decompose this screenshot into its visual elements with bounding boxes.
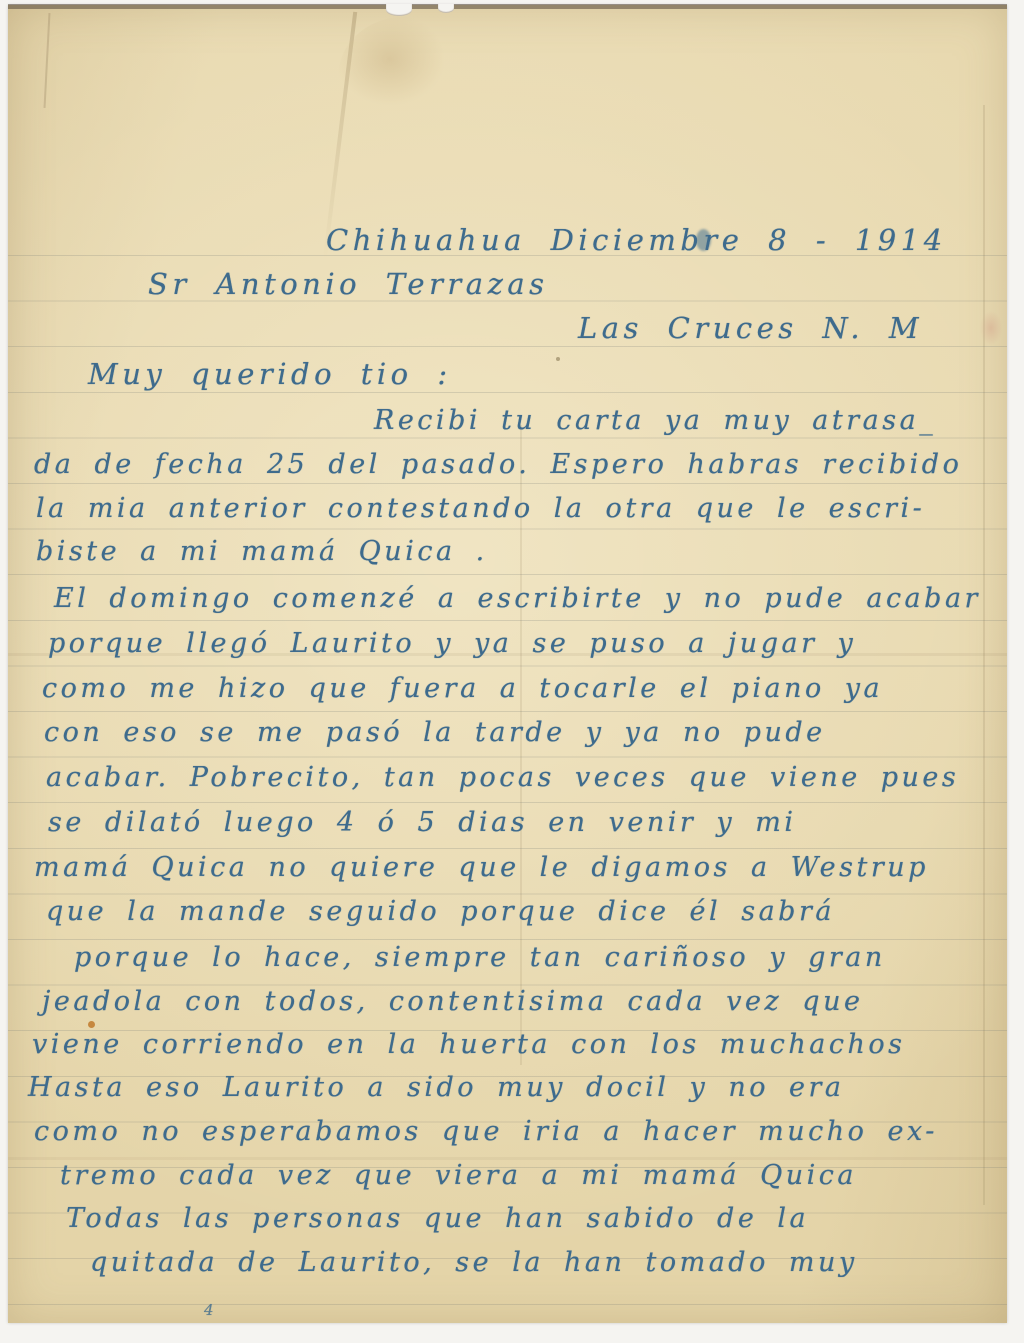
handwritten-line: Las Cruces N. M <box>578 311 923 345</box>
handwritten-line: con eso se me pasó la tarde y ya no pude <box>44 717 826 748</box>
handwritten-line: da de fecha 25 del pasado. Espero habras… <box>34 449 962 480</box>
paper-tear-notch <box>386 4 412 16</box>
paper-stain <box>338 17 468 137</box>
handwritten-line: 4 <box>204 1301 214 1319</box>
handwritten-line: que la mande seguido porque dice él sabr… <box>46 896 835 927</box>
handwritten-line: Sr Antonio Terrazas <box>148 267 549 301</box>
handwritten-line: porque llegó Laurito y ya se puso a juga… <box>48 628 856 659</box>
handwritten-line: se dilató luego 4 ó 5 dias en venir y mi <box>48 807 796 838</box>
paper-tear-notch <box>438 4 454 13</box>
paper-speck <box>88 1021 95 1028</box>
letter-paper: Chihuahua Diciembre 8 - 1914Sr Antonio T… <box>8 5 1007 1323</box>
handwritten-line: quitada de Laurito, se la han tomado muy <box>90 1247 858 1278</box>
handwritten-line: biste a mi mamá Quica . <box>36 536 488 567</box>
handwritten-line: viene corriendo en la huerta con los muc… <box>32 1029 906 1060</box>
paper-top-edge <box>8 4 1007 9</box>
paper-stain <box>976 305 1006 351</box>
handwritten-line: mamá Quica no quiere que le digamos a We… <box>34 852 929 883</box>
handwritten-line: Muy querido tio : <box>88 357 452 391</box>
handwritten-line: Chihuahua Diciembre 8 - 1914 <box>326 223 947 257</box>
handwritten-line: tremo cada vez que viera a mi mamá Quica <box>60 1160 857 1191</box>
handwritten-line: la mia anterior contestando la otra que … <box>36 493 925 524</box>
handwritten-line: Hasta eso Laurito a sido muy docil y no … <box>28 1072 845 1103</box>
scanned-letter: Chihuahua Diciembre 8 - 1914Sr Antonio T… <box>0 0 1024 1343</box>
handwritten-line: acabar. Pobrecito, tan pocas veces que v… <box>46 762 959 793</box>
handwritten-line: como no esperabamos que iria a hacer muc… <box>34 1116 938 1147</box>
paper-speck <box>556 357 560 361</box>
paper-crease <box>44 13 51 108</box>
handwritten-line: jeadola con todos, contentisima cada vez… <box>42 986 863 1017</box>
handwritten-line: Recibi tu carta ya muy atrasa_ <box>374 405 936 436</box>
handwritten-line: porque lo hace, siempre tan cariñoso y g… <box>74 942 886 973</box>
paper-fold-line <box>983 105 985 1205</box>
handwritten-line: como me hizo que fuera a tocarle el pian… <box>42 673 883 704</box>
handwritten-line: Todas las personas que han sabido de la <box>66 1203 809 1234</box>
handwritten-line: El domingo comenzé a escribirte y no pud… <box>54 583 981 614</box>
